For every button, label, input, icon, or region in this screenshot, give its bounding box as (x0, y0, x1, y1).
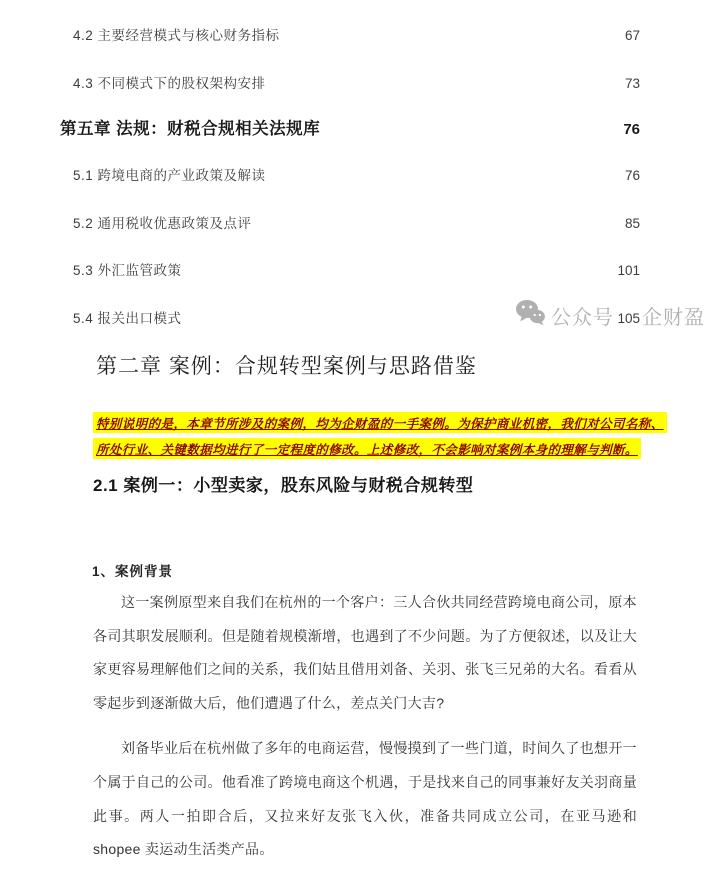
body-paragraph: 刘备毕业后在杭州做了多年的电商运营，慢慢摸到了一些门道，时间久了也想开一个属于自… (93, 732, 637, 866)
toc-page-number: 85 (625, 216, 640, 231)
toc-page-number: 101 (617, 263, 640, 278)
special-note: 特别说明的是，本章节所涉及的案例，均为企财盈的一手案例。为保护商业机密，我们对公… (93, 412, 667, 464)
toc-entry-label: 第五章 法规：财税合规相关法规库 (60, 115, 320, 139)
body-paragraph: 这一案例原型来自我们在杭州的一个客户：三人合伙共同经营跨境电商公司，原本各司其职… (93, 586, 637, 720)
toc-entry-label: 5.2 通用税收优惠政策及点评 (73, 212, 252, 232)
section-title: 2.1 案例一：小型卖家，股东风险与财税合规转型 (93, 471, 473, 496)
toc-row-chapter: 第五章 法规：财税合规相关法规库 76 (60, 115, 640, 139)
toc-entry-label: 5.1 跨境电商的产业政策及解读 (73, 164, 266, 184)
toc-row: 5.2 通用税收优惠政策及点评 85 (60, 212, 640, 232)
toc-row: 4.3 不同模式下的股权架构安排 73 (60, 72, 640, 92)
special-note-line: 特别说明的是，本章节所涉及的案例，均为企财盈的一手案例。为保护商业机密，我们对公… (93, 412, 667, 433)
watermark-account-label: 企财盈 (642, 301, 705, 330)
toc-page-number: 105 (617, 311, 640, 326)
special-note-line: 所处行业、关键数据均进行了一定程度的修改。上述修改，不会影响对案例本身的理解与判… (93, 438, 641, 459)
toc-row: 5.1 跨境电商的产业政策及解读 76 (60, 164, 640, 184)
toc-row: 4.2 主要经营模式与核心财务指标 67 (60, 24, 640, 44)
toc-row: 5.3 外汇监管政策 101 (60, 259, 640, 279)
toc-entry-label: 5.4 报关出口模式 (73, 307, 182, 327)
chapter-title: 第二章 案例：合规转型案例与思路借鉴 (96, 350, 477, 380)
toc-entry-label: 5.3 外汇监管政策 (73, 259, 182, 279)
subsection-title: 1、案例背景 (92, 560, 173, 580)
toc-row: 5.4 报关出口模式 105 (60, 307, 640, 327)
toc-page-number: 67 (625, 28, 640, 43)
toc-page-number: 76 (623, 121, 640, 138)
body-text: 这一案例原型来自我们在杭州的一个客户：三人合伙共同经营跨境电商公司，原本各司其职… (93, 586, 637, 871)
toc-entry-label: 4.3 不同模式下的股权架构安排 (73, 72, 266, 92)
toc-page-number: 76 (625, 168, 640, 183)
document-page: 公众号 企财盈 4.2 主要经营模式与核心财务指标 67 4.3 不同模式下的股… (0, 0, 713, 871)
toc-entry-label: 4.2 主要经营模式与核心财务指标 (73, 24, 280, 44)
toc-page-number: 73 (625, 76, 640, 91)
